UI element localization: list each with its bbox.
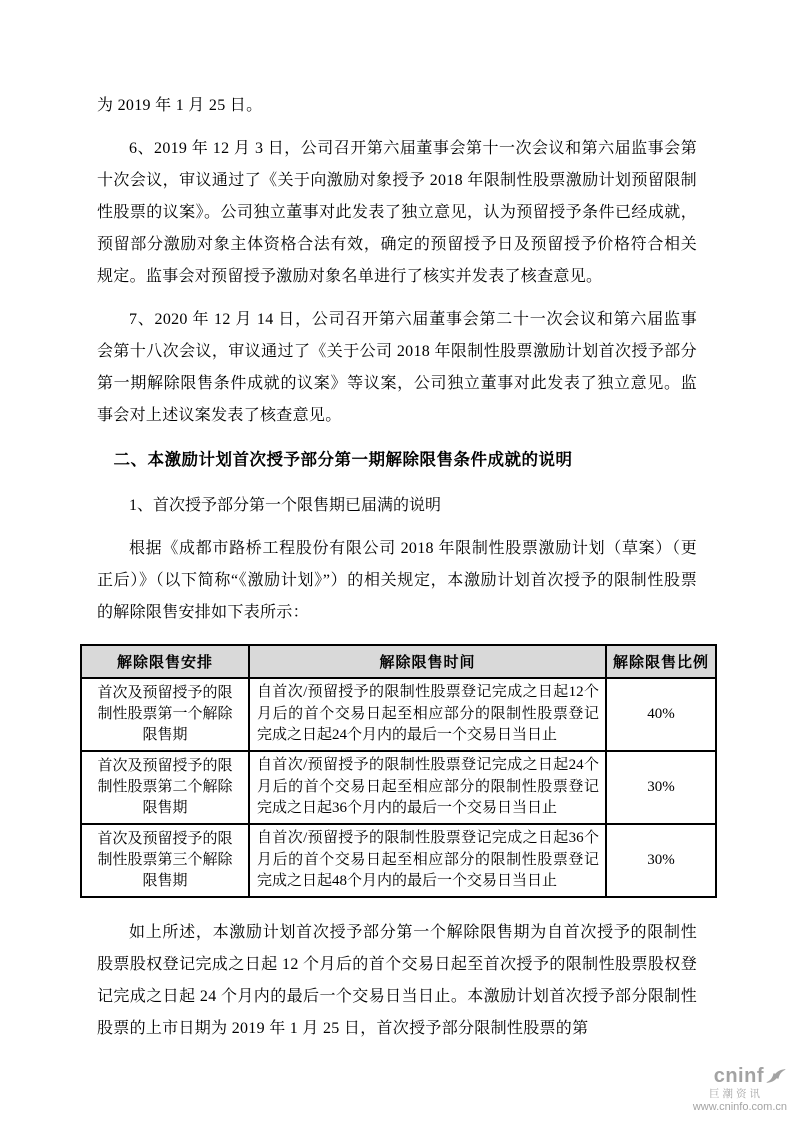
column-header-arrangement: 解除限售安排: [81, 645, 249, 678]
column-header-ratio: 解除限售比例: [606, 645, 716, 678]
column-header-time: 解除限售时间: [249, 645, 606, 678]
document-page: 为 2019 年 1 月 25 日。 6、2019 年 12 月 3 日，公司召…: [0, 0, 794, 1123]
paragraph-closing: 如上所述，本激励计划首次授予部分第一个解除限售期为自首次授予的限制性股票股权登记…: [97, 917, 697, 1045]
cninfo-logo-url: www.cninfo.com.cn: [693, 1102, 787, 1113]
cell-time-3: 自首次/预留授予的限制性股票登记完成之日起36个月后的首个交易日起至相应部分的限…: [249, 824, 606, 897]
cell-time-1: 自首次/预留授予的限制性股票登记完成之日起12个月后的首个交易日起至相应部分的限…: [249, 678, 606, 751]
document-body: 为 2019 年 1 月 25 日。 6、2019 年 12 月 3 日，公司召…: [97, 90, 697, 1045]
cninfo-watermark: cninf 巨潮资讯 www.cninfo.com.cn: [693, 1065, 787, 1114]
release-schedule-table: 解除限售安排 解除限售时间 解除限售比例 首次及预留授予的限制性股票第一个解除限…: [80, 644, 717, 898]
cell-arrangement-3: 首次及预留授予的限制性股票第三个解除限售期: [81, 824, 249, 897]
paragraph-continuation: 为 2019 年 1 月 25 日。: [97, 90, 697, 122]
cninfo-logo-row: cninf: [693, 1065, 787, 1087]
paragraph-basis: 根据《成都市路桥工程股份有限公司 2018 年限制性股票激励计划（草案）（更正后…: [97, 533, 697, 629]
cell-time-2: 自首次/预留授予的限制性股票登记完成之日起24个月后的首个交易日起至相应部分的限…: [249, 751, 606, 824]
cell-ratio-1: 40%: [606, 678, 716, 751]
table-row: 首次及预留授予的限制性股票第一个解除限售期 自首次/预留授予的限制性股票登记完成…: [81, 678, 716, 751]
cninfo-logo-text: cninf: [714, 1066, 764, 1086]
paragraph-item-7: 7、2020 年 12 月 14 日，公司召开第六届董事会第二十一次会议和第六届…: [97, 304, 697, 432]
cell-ratio-3: 30%: [606, 824, 716, 897]
cninfo-swirl-icon: [765, 1065, 787, 1087]
subsection-heading: 1、首次授予部分第一个限售期已届满的说明: [97, 490, 697, 522]
paragraph-item-6: 6、2019 年 12 月 3 日，公司召开第六届董事会第十一次会议和第六届监事…: [97, 133, 697, 293]
section-heading: 二、本激励计划首次授予部分第一期解除限售条件成就的说明: [97, 444, 697, 476]
cell-arrangement-2: 首次及预留授予的限制性股票第二个解除限售期: [81, 751, 249, 824]
cell-ratio-2: 30%: [606, 751, 716, 824]
table-row: 首次及预留授予的限制性股票第二个解除限售期 自首次/预留授予的限制性股票登记完成…: [81, 751, 716, 824]
table-row: 首次及预留授予的限制性股票第三个解除限售期 自首次/预留授予的限制性股票登记完成…: [81, 824, 716, 897]
cninfo-logo-chinese: 巨潮资讯: [693, 1089, 763, 1100]
cell-arrangement-1: 首次及预留授予的限制性股票第一个解除限售期: [81, 678, 249, 751]
table-header-row: 解除限售安排 解除限售时间 解除限售比例: [81, 645, 716, 678]
